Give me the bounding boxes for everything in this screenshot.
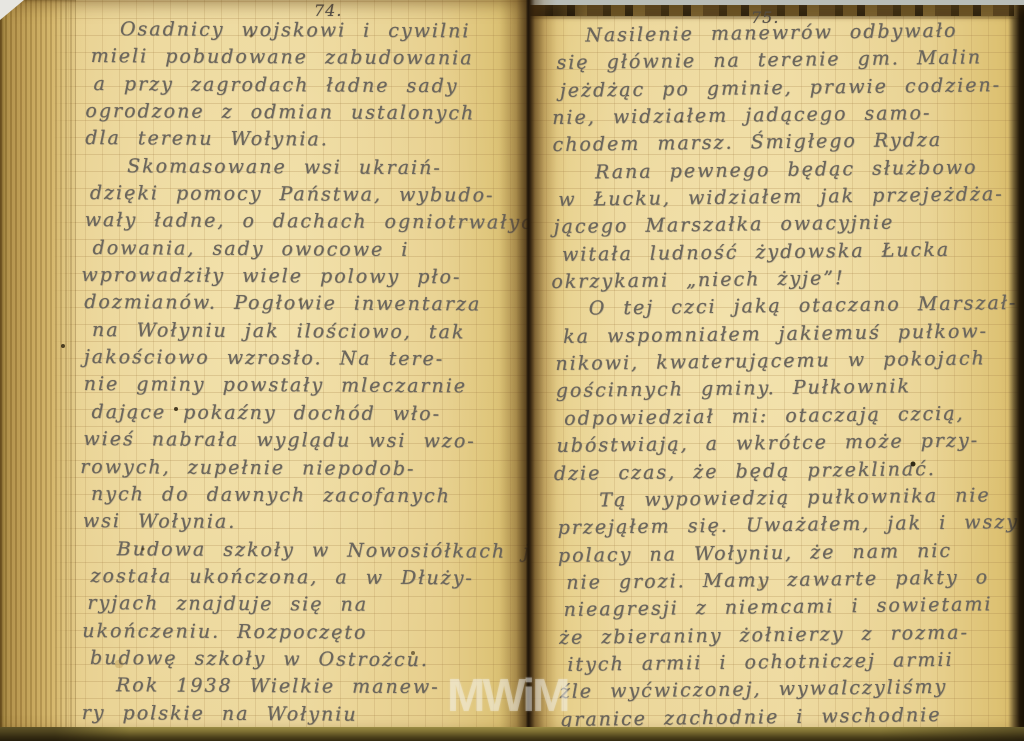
handwritten-line: jakościowo wzrosło. Na tere- xyxy=(84,344,529,375)
handwritten-line: wieś nabrała wyglądu wsi wzo- xyxy=(83,426,529,457)
page-right: 75. Nasilenie manewrów odbywałosię główn… xyxy=(529,5,1024,733)
handwritten-line: mieli pobudowane zabudowania xyxy=(91,43,529,74)
handwritten-line: dzięki pomocy Państwa, wybudo- xyxy=(90,180,529,211)
handwritten-line: dające pokaźny dochód wło- xyxy=(91,399,529,430)
left-fore-edge xyxy=(0,0,76,733)
handwritten-line: wsi Wołynia. xyxy=(83,508,529,539)
handwritten-line: nie gminy powstały mleczarnie xyxy=(84,371,529,402)
handwritten-line: ogrodzone z odmian ustalonych xyxy=(85,98,529,129)
handwritten-line: dowania, sady owocowe i xyxy=(92,235,529,266)
handwritten-line: dozmianów. Pogłowie inwentarza xyxy=(84,289,529,320)
handwritten-line: została ukończona, a w Dłuży- xyxy=(90,563,529,594)
handwritten-line: ukończeniu. Rozpoczęto xyxy=(82,618,529,649)
handwritten-line: Budowa szkoły w Nowosiółkach już xyxy=(83,536,529,567)
handwritten-line: rowych, zupełnie niepodob- xyxy=(80,453,529,484)
handwritten-line: nych do dawnych zacofanych xyxy=(91,481,529,512)
handwritten-line: Osadnicy wojskowi i cywilni xyxy=(86,16,529,47)
handwritten-line: ryjach znajduje się na xyxy=(87,590,529,621)
handwritten-line: Skomasowane wsi ukraiń- xyxy=(93,153,529,184)
handwritten-line: na Wołyniu jak ilościowo, tak xyxy=(92,317,529,348)
handwritten-line: dla terenu Wołynia. xyxy=(85,125,529,156)
paper-specks xyxy=(0,0,2,2)
left-page-lines: Osadnicy wojskowi i cywilnimieli pobudow… xyxy=(82,16,529,731)
handwritten-line: wały ładne, o dachach ogniotrwałych, zab… xyxy=(85,207,529,238)
handwritten-line: Rok 1938 Wielkie manew- xyxy=(82,672,529,703)
notebook-scan: 74. Osadnicy wojskowi i cywilnimieli pob… xyxy=(0,0,1024,741)
handwritten-line: wprowadziły wiele polowy pło- xyxy=(81,262,529,293)
handwritten-line: budowę szkoły w Ostrożcu. xyxy=(90,645,529,676)
right-page-lines: Nasilenie manewrów odbywałosię głównie n… xyxy=(551,15,1024,733)
handwritten-line: ry polskie na Wołyniu xyxy=(82,700,529,731)
page-left: 74. Osadnicy wojskowi i cywilnimieli pob… xyxy=(0,0,529,733)
handwritten-line: a przy zagrodach ładne sady xyxy=(93,71,529,102)
